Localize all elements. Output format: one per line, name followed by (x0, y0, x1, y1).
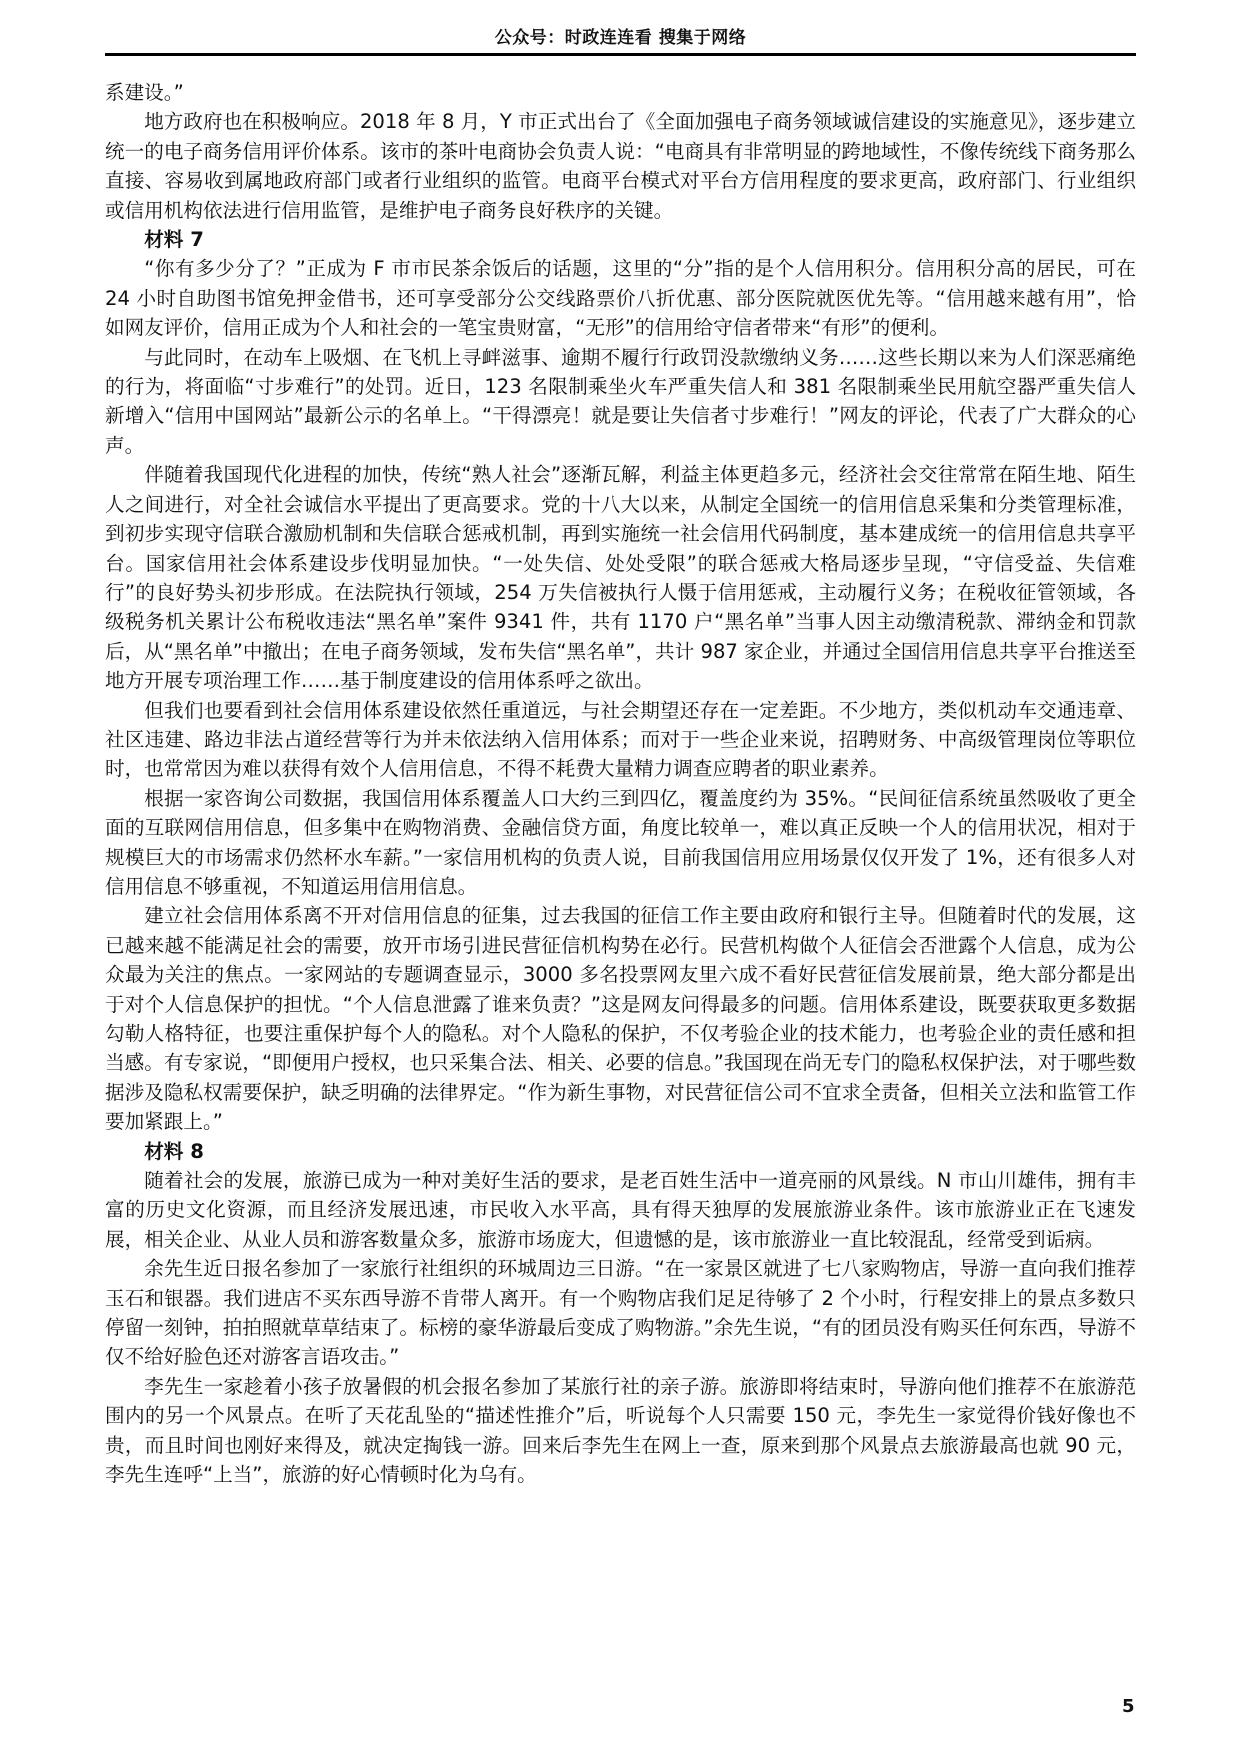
document-body: 系建设。” 地方政府也在积极响应。2018 年 8 月，Y 市正式出台了《全面加… (105, 78, 1136, 1490)
paragraph: 伴随着我国现代化进程的加快，传统“熟人社会”逐渐瓦解，利益主体更趋多元，经济社会… (105, 460, 1136, 695)
paragraph: 余先生近日报名参加了一家旅行社组织的环城周边三日游。“在一家景区就进了七八家购物… (105, 1254, 1136, 1372)
paragraph-continuation: 系建设。” (105, 78, 1136, 107)
header-title: 公众号：时政连连看 搜集于网络 (495, 28, 746, 48)
paragraph: 根据一家咨询公司数据，我国信用体系覆盖人口大约三到四亿，覆盖度约为 35%。“民… (105, 784, 1136, 902)
section-heading-material-8: 材料 8 (105, 1137, 1136, 1166)
page-header: 公众号：时政连连看 搜集于网络 (105, 26, 1136, 56)
section-heading-material-7: 材料 7 (105, 225, 1136, 254)
paragraph: “你有多少分了？”正成为 F 市市民茶余饭后的话题，这里的“分”指的是个人信用积… (105, 254, 1136, 342)
paragraph: 李先生一家趁着小孩子放暑假的机会报名参加了某旅行社的亲子游。旅游即将结束时，导游… (105, 1372, 1136, 1490)
paragraph: 与此同时，在动车上吸烟、在飞机上寻衅滋事、逾期不履行行政罚没款缴纳义务……这些长… (105, 343, 1136, 461)
paragraph: 地方政府也在积极响应。2018 年 8 月，Y 市正式出台了《全面加强电子商务领… (105, 107, 1136, 225)
paragraph: 随着社会的发展，旅游已成为一种对美好生活的要求，是老百姓生活中一道亮丽的风景线。… (105, 1166, 1136, 1254)
page-number: 5 (1122, 1696, 1135, 1717)
paragraph: 但我们也要看到社会信用体系建设依然任重道远，与社会期望还存在一定差距。不少地方，… (105, 696, 1136, 784)
paragraph: 建立社会信用体系离不开对信用信息的征集，过去我国的征信工作主要由政府和银行主导。… (105, 901, 1136, 1136)
